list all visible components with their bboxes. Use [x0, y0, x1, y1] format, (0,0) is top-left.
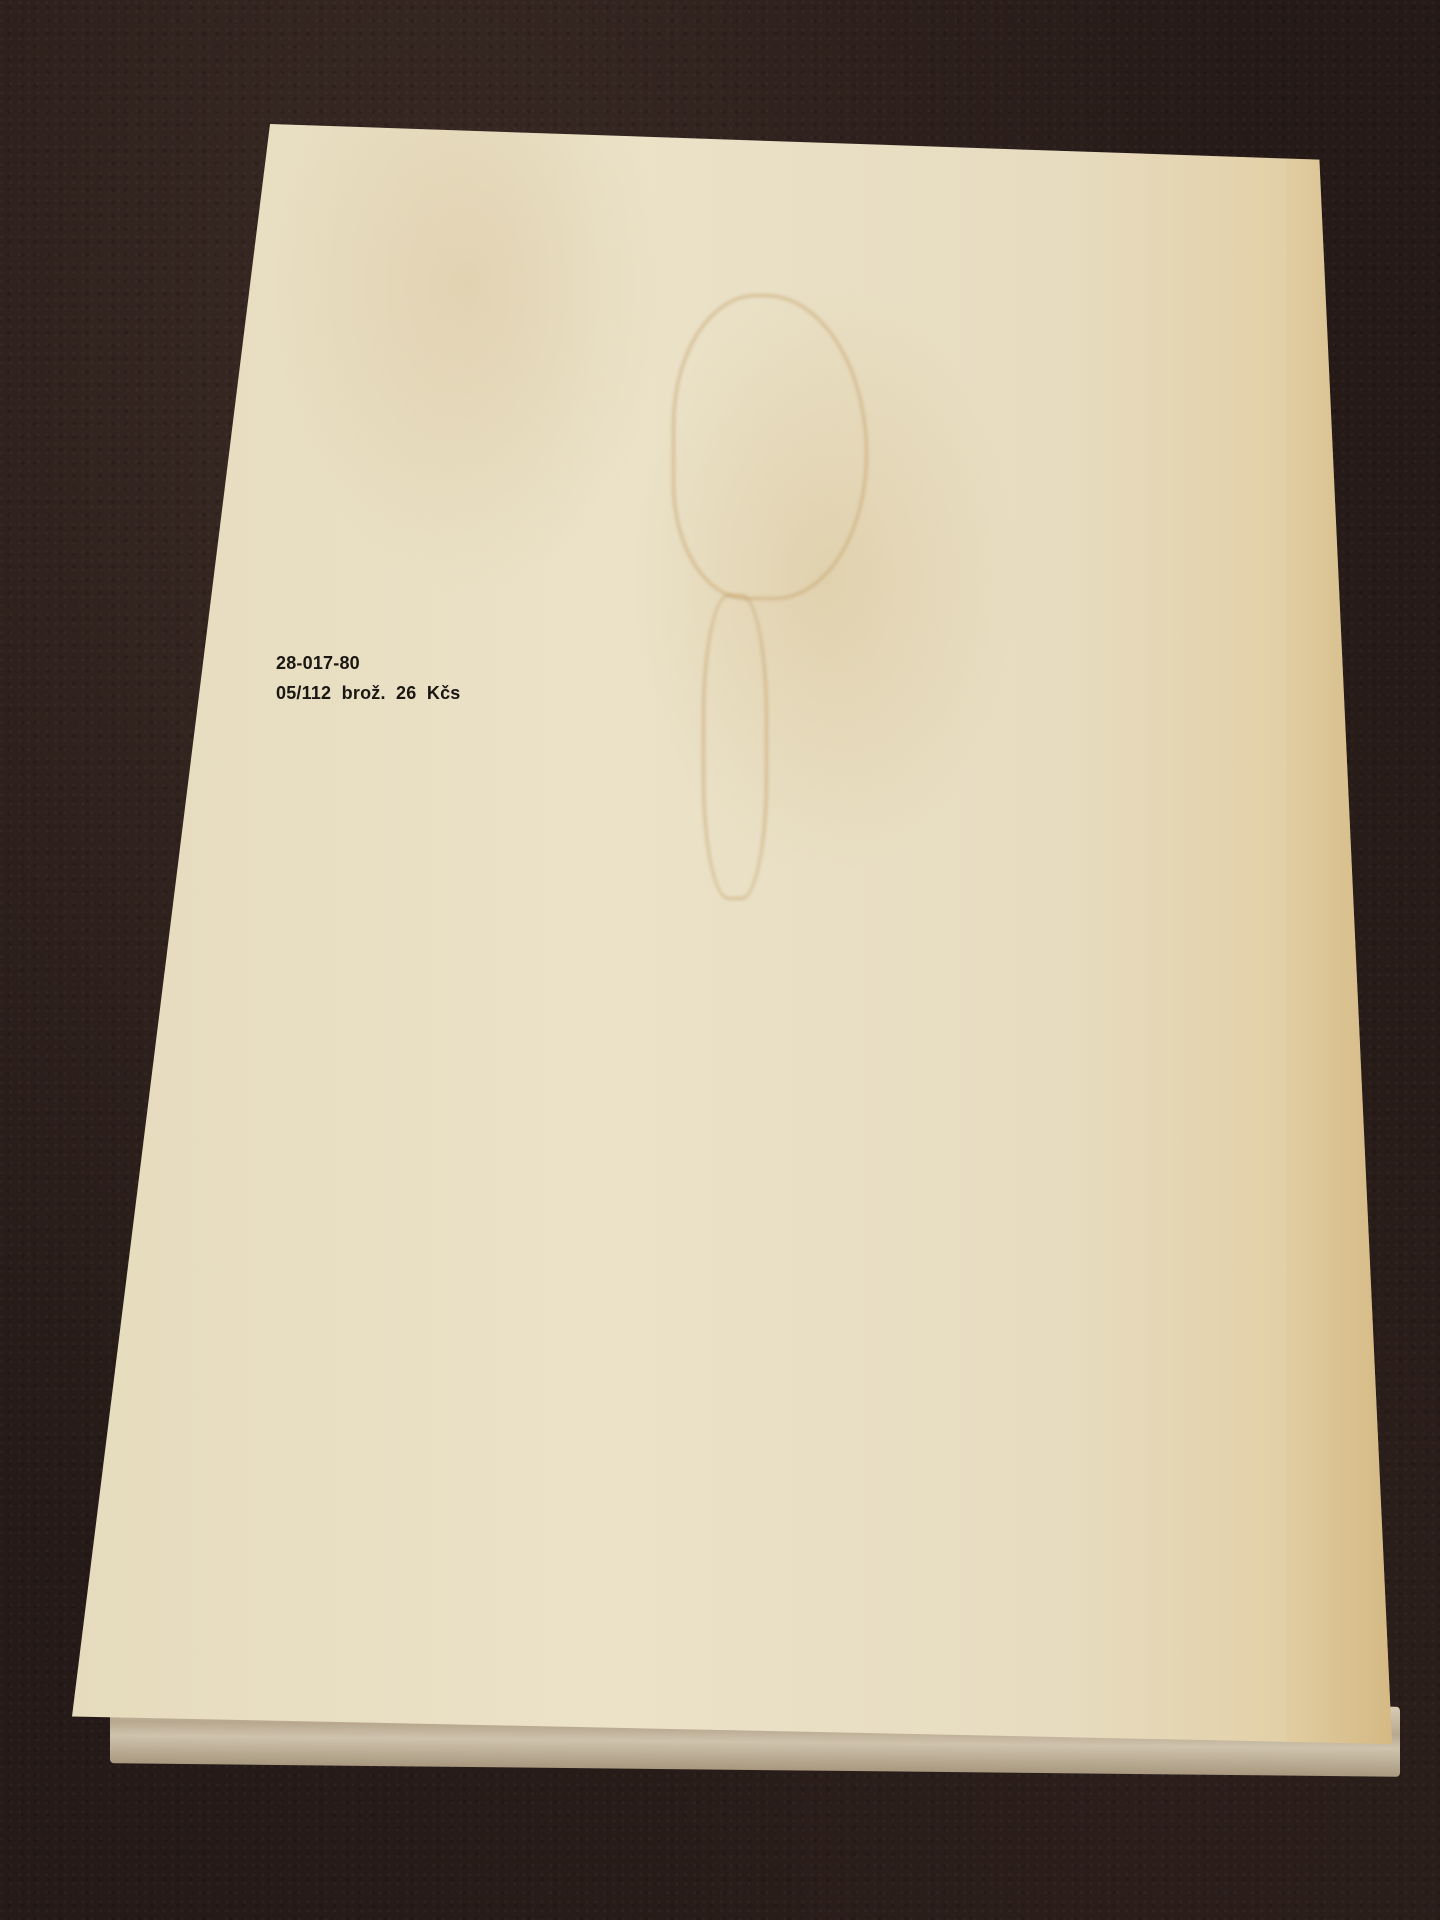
catalog-number: 28-017-80 [276, 648, 461, 678]
price-line: 05/112 brož. 26 Kčs [276, 678, 461, 708]
book-back-cover [72, 124, 1392, 1744]
water-stain [702, 594, 768, 900]
water-stain [672, 294, 868, 600]
cover-print: 28-017-80 05/112 brož. 26 Kčs [276, 648, 461, 708]
